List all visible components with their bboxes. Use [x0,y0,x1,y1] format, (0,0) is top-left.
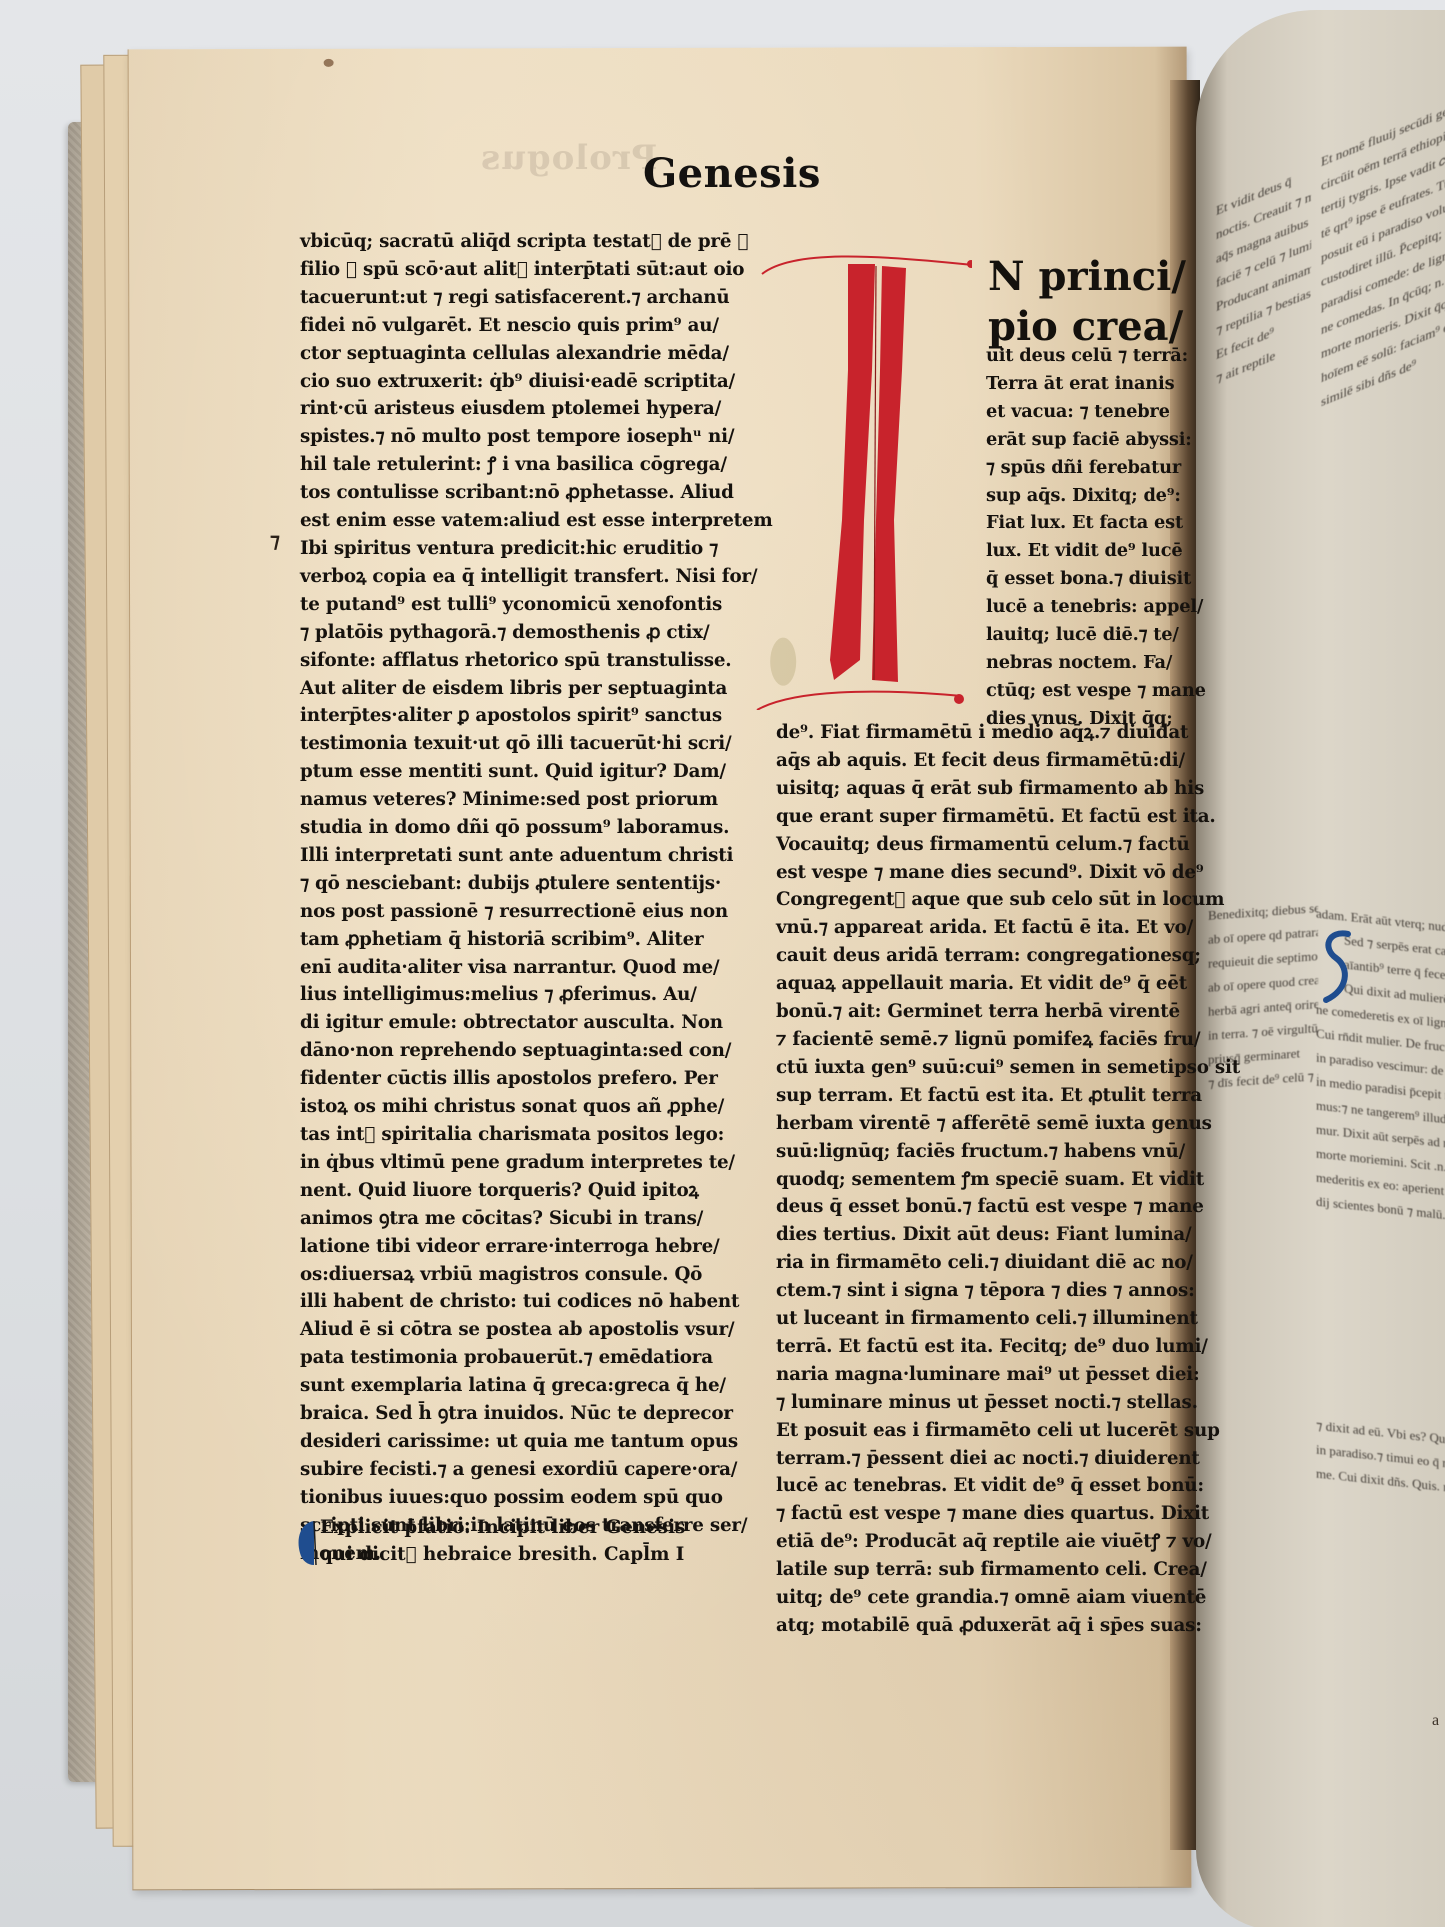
text-line: braica. Sed h̄ ꝯtra inuidos. Nūc te depr… [300,1400,730,1428]
text-line: cio suo extruxerit: q̇b⁹ diuisi·eadē scr… [300,368,730,396]
text-line: Et posuit eas i firmamēto celi ut lucerē… [776,1417,1186,1445]
text-line: dāno·non reprehendo septuaginta:sed con/ [300,1037,730,1065]
wormhole-spot [324,59,334,67]
red-initial-i-icon [752,240,972,710]
text-line: suū:lignūq; faciēs fructum.⁊ habens vnū/ [776,1138,1186,1166]
text-line: est vespe ⁊ mane dies secund⁹. Dixit vō … [776,859,1186,887]
text-line: sup aq̄s. Dixitq; de⁹: [986,482,1176,510]
text-line: Congregent᷑ aque que sub celo sūt in loc… [776,886,1186,914]
text-line: Terra āt erat inanis [986,370,1176,398]
show-through-text: Prologus [480,138,657,178]
text-line: interp̄tes·aliter ꝑ apostolos spirit⁹ sa… [300,702,730,730]
text-line: ptum esse mentiti sunt. Quid igitur? Dam… [300,758,730,786]
text-line: nent. Quid liuore torqueris? Quid ipitoꝝ [300,1177,730,1205]
text-line: rint·cū aristeus eiusdem ptolemei hypera… [300,395,730,423]
text-line: nebras noctem. Fa/ [986,649,1176,677]
text-line: desideri carissime: ut quia me tantum op… [300,1428,730,1456]
text-line: ctū iuxta gen⁹ suū:cui⁹ semen in semetip… [776,1054,1186,1082]
text-line: Aliud ē si cōtra se postea ab apostolis … [300,1316,730,1344]
signature-mark: a [1432,1712,1439,1730]
book-photo-scene: Et vidit deus q̄ noctis. Creauit ⁊ mal a… [0,0,1445,1927]
text-line: pata testimonia probauerūt.⁊ emēdatiora [300,1344,730,1372]
text-line: ⁊ facientē semē.⁊ lignū pomifeꝝ faciēs f… [776,1026,1186,1054]
text-line: ⁊ platōis pythagorā.⁊ demosthenis ꝓ ctix… [300,619,730,647]
text-line: tionibus iuues:quo possim eodem spū quo [300,1484,730,1512]
running-head: Genesis [643,150,821,197]
text-line: hil tale retulerint: ꝭ i vna basilica cō… [300,451,730,479]
text-line: et vacua: ⁊ tenebre [986,398,1176,426]
text-line: Vocauitq; deus firmamentū celum.⁊ factū [776,831,1186,859]
text-line: illi habent de christo: tui codices nō h… [300,1288,730,1316]
text-line: ria in firmamēto celi.⁊ diuidant diē ac … [776,1249,1186,1277]
text-line: sunt exemplaria latina q̄ greca:greca q̄… [300,1372,730,1400]
text-line: ctūq; est vespe ⁊ mane [986,677,1176,705]
prologue-column: vbicūq; sacratū aliq̄d scripta testat᷑ d… [300,228,730,1568]
blue-paragraph-mark-icon [294,1517,320,1569]
text-line: Illi interpretati sunt ante aduentum chr… [300,842,730,870]
text-line: istoꝝ os mihi christus sonat quos añ ꝓph… [300,1093,730,1121]
text-line: subire fecisti.⁊ a genesi exordiū capere… [300,1456,730,1484]
text-line: ⁊ spūs dñi ferebatur [986,454,1176,482]
genesis-incipit-large-type: N princi/ pio crea/ [988,252,1188,352]
right-page-column-a: Et vidit deus q̄ noctis. Creauit ⁊ mal a… [1216,161,1311,391]
text-line: uitq; de⁹ cete grandia.⁊ omnē aiam viuen… [776,1584,1186,1612]
text-line: est enim esse vatem:aliud est esse inter… [300,507,730,535]
rubric-explicit-incipit: Explicit p̄fatio. Incipit liber Genesis … [320,1514,760,1568]
text-line: lucē a tenebris: appel/ [986,593,1176,621]
text-line: vbicūq; sacratū aliq̄d scripta testat᷑ d… [300,228,730,256]
text-line: dies tertius. Dixit aūt deus: Fiant lumi… [776,1221,1186,1249]
text-line: N princi/ [988,252,1188,302]
text-line: Fiat lux. Et facta est [986,509,1176,537]
text-line: animos ꝯtra me cōcitas? Sicubi in trans/ [300,1205,730,1233]
text-line: aq̄s ab aquis. Et fecit deus firmamētū:d… [776,747,1186,775]
text-line: uit deus celū ⁊ terrā: [986,342,1176,370]
text-line: quodq; sementem ꝭm speciē suam. Et vidit [776,1166,1186,1194]
text-line: latione tibi videor errare·interroga heb… [300,1233,730,1261]
text-line: verboꝝ copia ea q̄ intelligit transfert.… [300,563,730,591]
text-line: lius intelligimus:melius ⁊ ꝓferimus. Au/ [300,981,730,1009]
margin-mark: ⁊ [270,528,280,552]
text-line: uisitq; aquas q̄ erāt sub firmamento ab … [776,775,1186,803]
text-line: ctor septuaginta cellulas alexandrie mēd… [300,340,730,368]
text-line: di igitur emule: obtrectator ausculta. N… [300,1009,730,1037]
text-line: lucē ac tenebras. Et vidit de⁹ q̄ esset … [776,1472,1186,1500]
text-line: cauit deus aridā terram: congregationesq… [776,942,1186,970]
text-line: naria magna·luminare mai⁹ ut p̄esset die… [776,1361,1186,1389]
blue-initial-s-icon [1318,928,1358,1008]
text-line: tam ꝓphetiam q̄ historiā scribim⁹. Alite… [300,926,730,954]
text-line: nos post passionē ⁊ resurrectionē eius n… [300,898,730,926]
right-page-column-b: Et nomē fluuij secūdi geon. Ipse ē q cir… [1321,90,1445,415]
text-line: tacuerunt:ut ⁊ regi satisfacerent.⁊ arch… [300,284,730,312]
text-line: studia in domo dñi qō possum⁹ laboramus. [300,814,730,842]
text-line: spistes.⁊ nō multo post tempore iosephᵘ … [300,423,730,451]
text-line: ⁊ qō nesciebant: dubijs ꝓtulere sententi… [300,870,730,898]
rubric-line: qui dicit᷑ hebraice bresith. Capl̄m I [320,1541,760,1568]
text-line: lauitq; lucē diē.⁊ te/ [986,621,1176,649]
text-line: te putand⁹ est tulli⁹ yconomicū xenofont… [300,591,730,619]
text-line: vnū.⁊ appareat arida. Et factū ē ita. Et… [776,914,1186,942]
text-line: namus veteres? Minime:sed post priorum [300,786,730,814]
text-line: terram.⁊ p̄essent diei ac nocti.⁊ diuide… [776,1445,1186,1473]
text-line: ut luceant in firmamento celi.⁊ illumine… [776,1305,1186,1333]
text-line: Ibi spiritus ventura predicit:hic erudit… [300,535,730,563]
text-line: os:diuersaꝝ vrbiū magistros consule. Qō [300,1261,730,1289]
text-line: etiā de⁹: Producāt aq̄ reptile aie viuēt… [776,1528,1186,1556]
text-line: fidei nō vulgarēt. Et nescio quis prim⁹ … [300,312,730,340]
text-line: herbam virentē ⁊ afferētē semē iuxta gen… [776,1110,1186,1138]
text-line: fidenter cūctis illis apostolos prefero.… [300,1065,730,1093]
text-line: tas int᷑ spiritalia charismata positos l… [300,1121,730,1149]
text-line: ⁊ luminare minus ut p̄esset nocti.⁊ stel… [776,1389,1186,1417]
text-line: enī audita·aliter visa narrantur. Quod m… [300,954,730,982]
rubric-line: Explicit p̄fatio. Incipit liber Genesis [320,1514,760,1541]
text-line: terrā. Et factū est ita. Fecitq; de⁹ duo… [776,1333,1186,1361]
text-line: filio ⁊ spū scō·aut alit᷑ interp̄tati sū… [300,256,730,284]
text-line: que erant super firmamētū. Et factū est … [776,803,1186,831]
text-line: Aut aliter de eisdem libris per septuagi… [300,675,730,703]
text-line: ⁊ factū est vespe ⁊ mane dies quartus. D… [776,1500,1186,1528]
text-line: q̄ esset bona.⁊ diuisit [986,565,1176,593]
text-line: sifonte: afflatus rhetorico spū transtul… [300,647,730,675]
text-line: in q̇bus vltimū pene gradum interpretes … [300,1149,730,1177]
text-line: testimonia texuit·ut qō illi tacuerūt·hi… [300,730,730,758]
text-line: sup terram. Et factū est ita. Et ꝓtulit … [776,1082,1186,1110]
genesis-narrow-column: uit deus celū ⁊ terrā: Terra āt erat ina… [986,342,1176,733]
text-line: latile sup terrā: sub firmamento celi. C… [776,1556,1186,1584]
text-line: atq; motabilē quā ꝓduxerāt aq̄ i sp̄es s… [776,1612,1186,1640]
text-line: aquaꝝ appellauit maria. Et vidit de⁹ q̄ … [776,970,1186,998]
text-line: deus q̄ esset bonū.⁊ factū est vespe ⁊ m… [776,1193,1186,1221]
text-line: de⁹. Fiat firmamētū i medio aq̄ꝝ.⁊ diuid… [776,719,1186,747]
text-line: erāt sup faciē abyssi: [986,426,1176,454]
text-line: lux. Et vidit de⁹ lucē [986,537,1176,565]
text-line: tos contulisse scribant:nō ꝓphetasse. Al… [300,479,730,507]
genesis-wide-column: de⁹. Fiat firmamētū i medio aq̄ꝝ.⁊ diuid… [776,719,1186,1640]
text-line: ctem.⁊ sint i signa ⁊ tēpora ⁊ dies ⁊ an… [776,1277,1186,1305]
text-line: bonū.⁊ ait: Germinet terra herbā virentē [776,998,1186,1026]
